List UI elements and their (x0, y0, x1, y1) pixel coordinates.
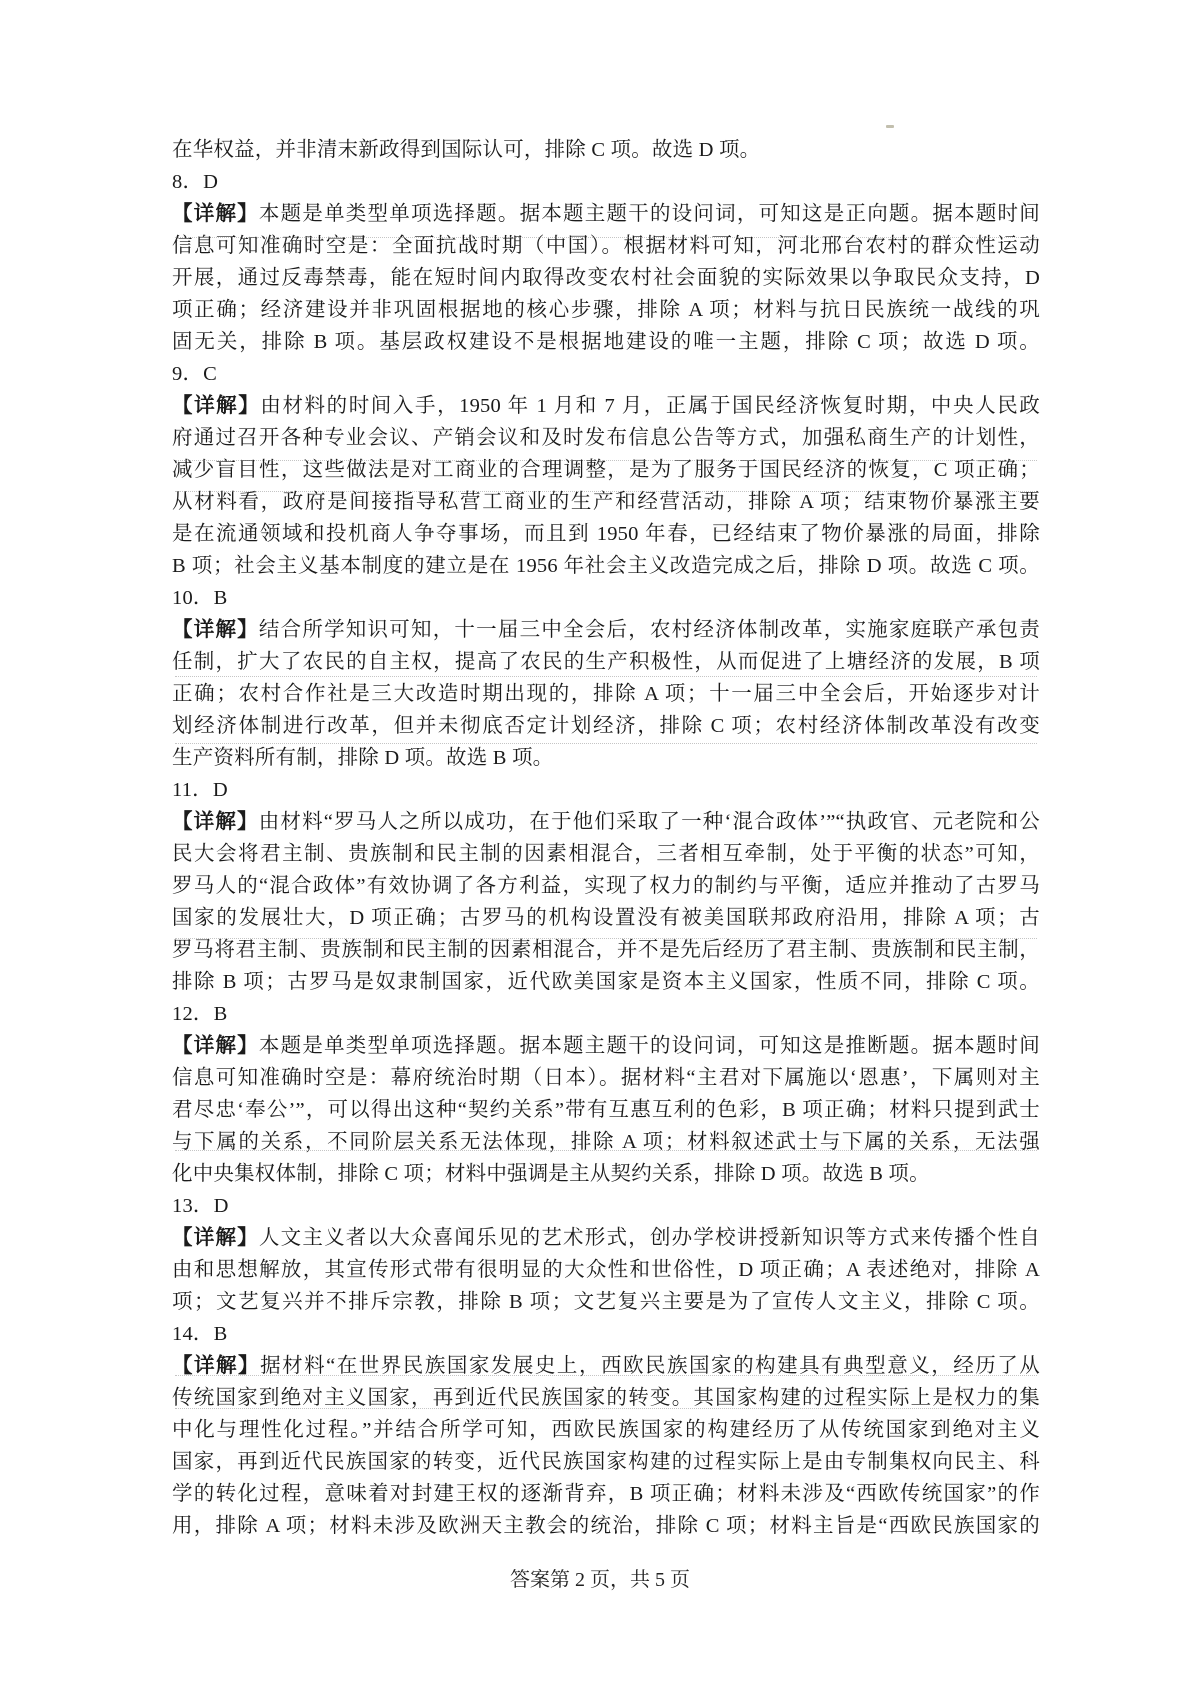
text-line: 君尽忠‘奉公’”，可以得出这种“契约关系”带有互惠互利的色彩，B 项正确；材料只… (172, 1094, 1040, 1126)
text-line: 项；文艺复兴并不排斥宗教，排除 B 项；文艺复兴主要是为了宣传人文主义，排除 C… (172, 1286, 1040, 1318)
text-line: 从材料看，政府是间接指导私营工商业的生产和经营活动，排除 A 项；结束物价暴涨主… (172, 486, 1040, 518)
explanation-first-line: 【详解】结合所学知识可知，十一届三中全会后，农村经济体制改革，实施家庭联产承包责 (172, 614, 1040, 646)
detail-label: 【详解】 (172, 395, 260, 417)
explanation-first-line: 【详解】由材料“罗马人之所以成功，在于他们采取了一种‘混合政体’”“执政官、元老… (172, 806, 1040, 838)
text-line: 排除 B 项；古罗马是奴隶制国家，近代欧美国家是资本主义国家，性质不同，排除 C… (172, 966, 1040, 998)
text-line: 用，排除 A 项；材料未涉及欧洲天主教会的统治，排除 C 项；材料主旨是“西欧民… (172, 1510, 1040, 1542)
answer-sheet-page: 在华权益，并非清末新政得到国际认可，排除 C 项。故选 D 项。8．D【详解】本… (0, 0, 1200, 1698)
text-line: 信息可知准确时空是：幕府统治时期（日本）。据材料“主君对下属施以‘恩惠’，下属则… (172, 1062, 1040, 1094)
text-line: 是在流通领域和投机商人争夺事场，而且到 1950 年春，已经结束了物价暴涨的局面… (172, 518, 1040, 550)
text-line: 化中央集权体制，排除 C 项；材料中强调是主从契约关系，排除 D 项。故选 B … (172, 1158, 1040, 1190)
text-line: B 项；社会主义基本制度的建立是在 1956 年社会主义改造完成之后，排除 D … (172, 550, 1040, 582)
text-line: 生产资料所有制，排除 D 项。故选 B 项。 (172, 742, 1040, 774)
text-line: 信息可知准确时空是：全面抗战时期（中国）。根据材料可知，河北邢台农村的群众性运动 (172, 230, 1040, 262)
text-line: 正确；农村合作社是三大改造时期出现的，排除 A 项；十一届三中全会后，开始逐步对… (172, 678, 1040, 710)
text-line: 学的转化过程，意味着对封建王权的逐渐背弃，B 项正确；材料未涉及“西欧传统国家”… (172, 1478, 1040, 1510)
text-line: 罗马人的“混合政体”有效协调了各方利益，实现了权力的制约与平衡，适应并推动了古罗… (172, 870, 1040, 902)
answer-number-line: 9．C (172, 358, 1040, 390)
answer-number-line: 14．B (172, 1318, 1040, 1350)
text-line: 减少盲目性，这些做法是对工商业的合理调整，是为了服务于国民经济的恢复，C 项正确… (172, 454, 1040, 486)
text-line: 府通过召开各种专业会议、产销会议和及时发布信息公告等方式，加强私商生产的计划性， (172, 422, 1040, 454)
explanation-first-line: 【详解】由材料的时间入手，1950 年 1 月和 7 月，正属于国民经济恢复时期… (172, 390, 1040, 422)
detail-label: 【详解】 (172, 1355, 260, 1377)
text-line: 中化与理性化过程。”并结合所学可知，西欧民族国家的构建经历了从传统国家到绝对主义 (172, 1414, 1040, 1446)
answer-number-line: 8．D (172, 166, 1040, 198)
page-footer: 答案第 2 页，共 5 页 (0, 1566, 1200, 1594)
text-line: 任制，扩大了农民的自主权，提高了农民的生产积极性，从而促进了上塘经济的发展，B … (172, 646, 1040, 678)
answer-number-line: 13．D (172, 1190, 1040, 1222)
text-line: 民大会将君主制、贵族制和民主制的因素相混合，三者相互牵制，处于平衡的状态”可知， (172, 838, 1040, 870)
text-line: 固无关，排除 B 项。基层政权建设不是根据地建设的唯一主题，排除 C 项；故选 … (172, 326, 1040, 358)
answer-number-line: 10．B (172, 582, 1040, 614)
text-line: 项正确；经济建设并非巩固根据地的核心步骤，排除 A 项；材料与抗日民族统一战线的… (172, 294, 1040, 326)
explanation-first-line: 【详解】本题是单类型单项选择题。据本题主题干的设问词，可知这是推断题。据本题时间 (172, 1030, 1040, 1062)
text-line: 罗马将君主制、贵族制和民主制的因素相混合，并不是先后经历了君主制、贵族制和民主制… (172, 934, 1040, 966)
text-line: 国家，再到近代民族国家的转变，近代民族国家构建的过程实际上是由专制集权向民主、科 (172, 1446, 1040, 1478)
text-line: 在华权益，并非清末新政得到国际认可，排除 C 项。故选 D 项。 (172, 134, 1040, 166)
line-text: 结合所学知识可知，十一届三中全会后，农村经济体制改革，实施家庭联产承包责 (259, 619, 1040, 641)
line-text: 由材料“罗马人之所以成功，在于他们采取了一种‘混合政体’”“执政官、元老院和公 (259, 811, 1040, 833)
explanation-first-line: 【详解】人文主义者以大众喜闻乐见的艺术形式，创办学校讲授新知识等方式来传播个性自 (172, 1222, 1040, 1254)
scan-artifact-mark (886, 125, 894, 128)
answer-number-line: 12．B (172, 998, 1040, 1030)
text-line: 国家的发展壮大，D 项正确；古罗马的机构设置没有被美国联邦政府沿用，排除 A 项… (172, 902, 1040, 934)
line-text: 人文主义者以大众喜闻乐见的艺术形式，创办学校讲授新知识等方式来传播个性自 (259, 1227, 1040, 1249)
text-line: 与下属的关系，不同阶层关系无法体现，排除 A 项；材料叙述武士与下属的关系，无法… (172, 1126, 1040, 1158)
line-text: 本题是单类型单项选择题。据本题主题干的设问词，可知这是正向题。据本题时间 (259, 203, 1040, 225)
detail-label: 【详解】 (172, 1035, 259, 1057)
line-text: 由材料的时间入手，1950 年 1 月和 7 月，正属于国民经济恢复时期，中央人… (260, 395, 1040, 417)
text-line: 划经济体制进行改革，但并未彻底否定计划经济，排除 C 项；农村经济体制改革没有改… (172, 710, 1040, 742)
answer-explanations-block: 在华权益，并非清末新政得到国际认可，排除 C 项。故选 D 项。8．D【详解】本… (172, 134, 1040, 1542)
line-text: 本题是单类型单项选择题。据本题主题干的设问词，可知这是推断题。据本题时间 (259, 1035, 1040, 1057)
detail-label: 【详解】 (172, 203, 259, 225)
text-line: 开展，通过反毒禁毒，能在短时间内取得改变农村社会面貌的实际效果以争取民众支持，D (172, 262, 1040, 294)
answer-number-line: 11．D (172, 774, 1040, 806)
text-line: 传统国家到绝对主义国家，再到近代民族国家的转变。其国家构建的过程实际上是权力的集 (172, 1382, 1040, 1414)
explanation-first-line: 【详解】据材料“在世界民族国家发展史上，西欧民族国家的构建具有典型意义，经历了从 (172, 1350, 1040, 1382)
explanation-first-line: 【详解】本题是单类型单项选择题。据本题主题干的设问词，可知这是正向题。据本题时间 (172, 198, 1040, 230)
detail-label: 【详解】 (172, 1227, 259, 1249)
detail-label: 【详解】 (172, 811, 259, 833)
text-line: 由和思想解放，其宣传形式带有很明显的大众性和世俗性，D 项正确；A 表述绝对，排… (172, 1254, 1040, 1286)
detail-label: 【详解】 (172, 619, 259, 641)
line-text: 据材料“在世界民族国家发展史上，西欧民族国家的构建具有典型意义，经历了从 (260, 1355, 1040, 1377)
